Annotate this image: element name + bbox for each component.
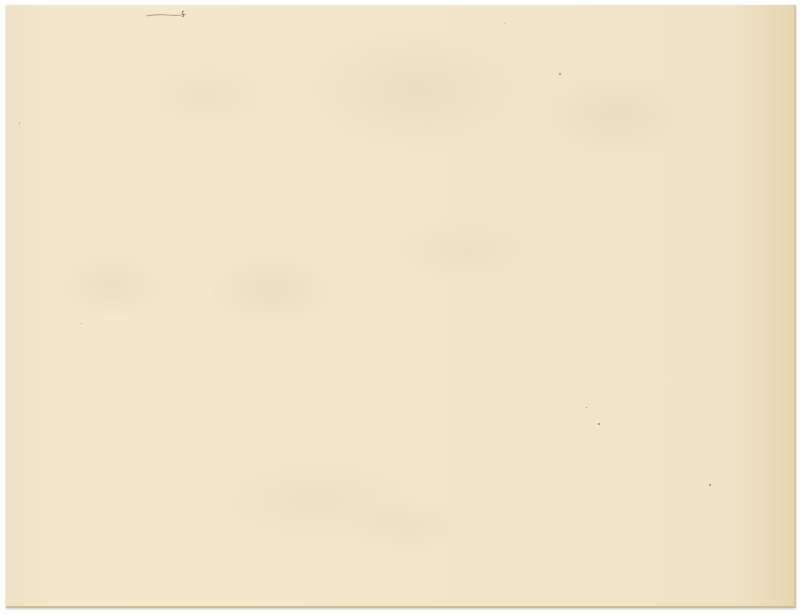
- scan-background: [0, 0, 800, 615]
- pencil-mark-icon: [146, 9, 194, 19]
- speck: [709, 484, 711, 486]
- speck: [504, 23, 505, 24]
- speck: [19, 122, 20, 125]
- speck: [598, 423, 600, 425]
- speck: [559, 73, 561, 75]
- speck: [81, 323, 82, 324]
- paper-sheet: [6, 5, 796, 608]
- speck: [586, 407, 587, 408]
